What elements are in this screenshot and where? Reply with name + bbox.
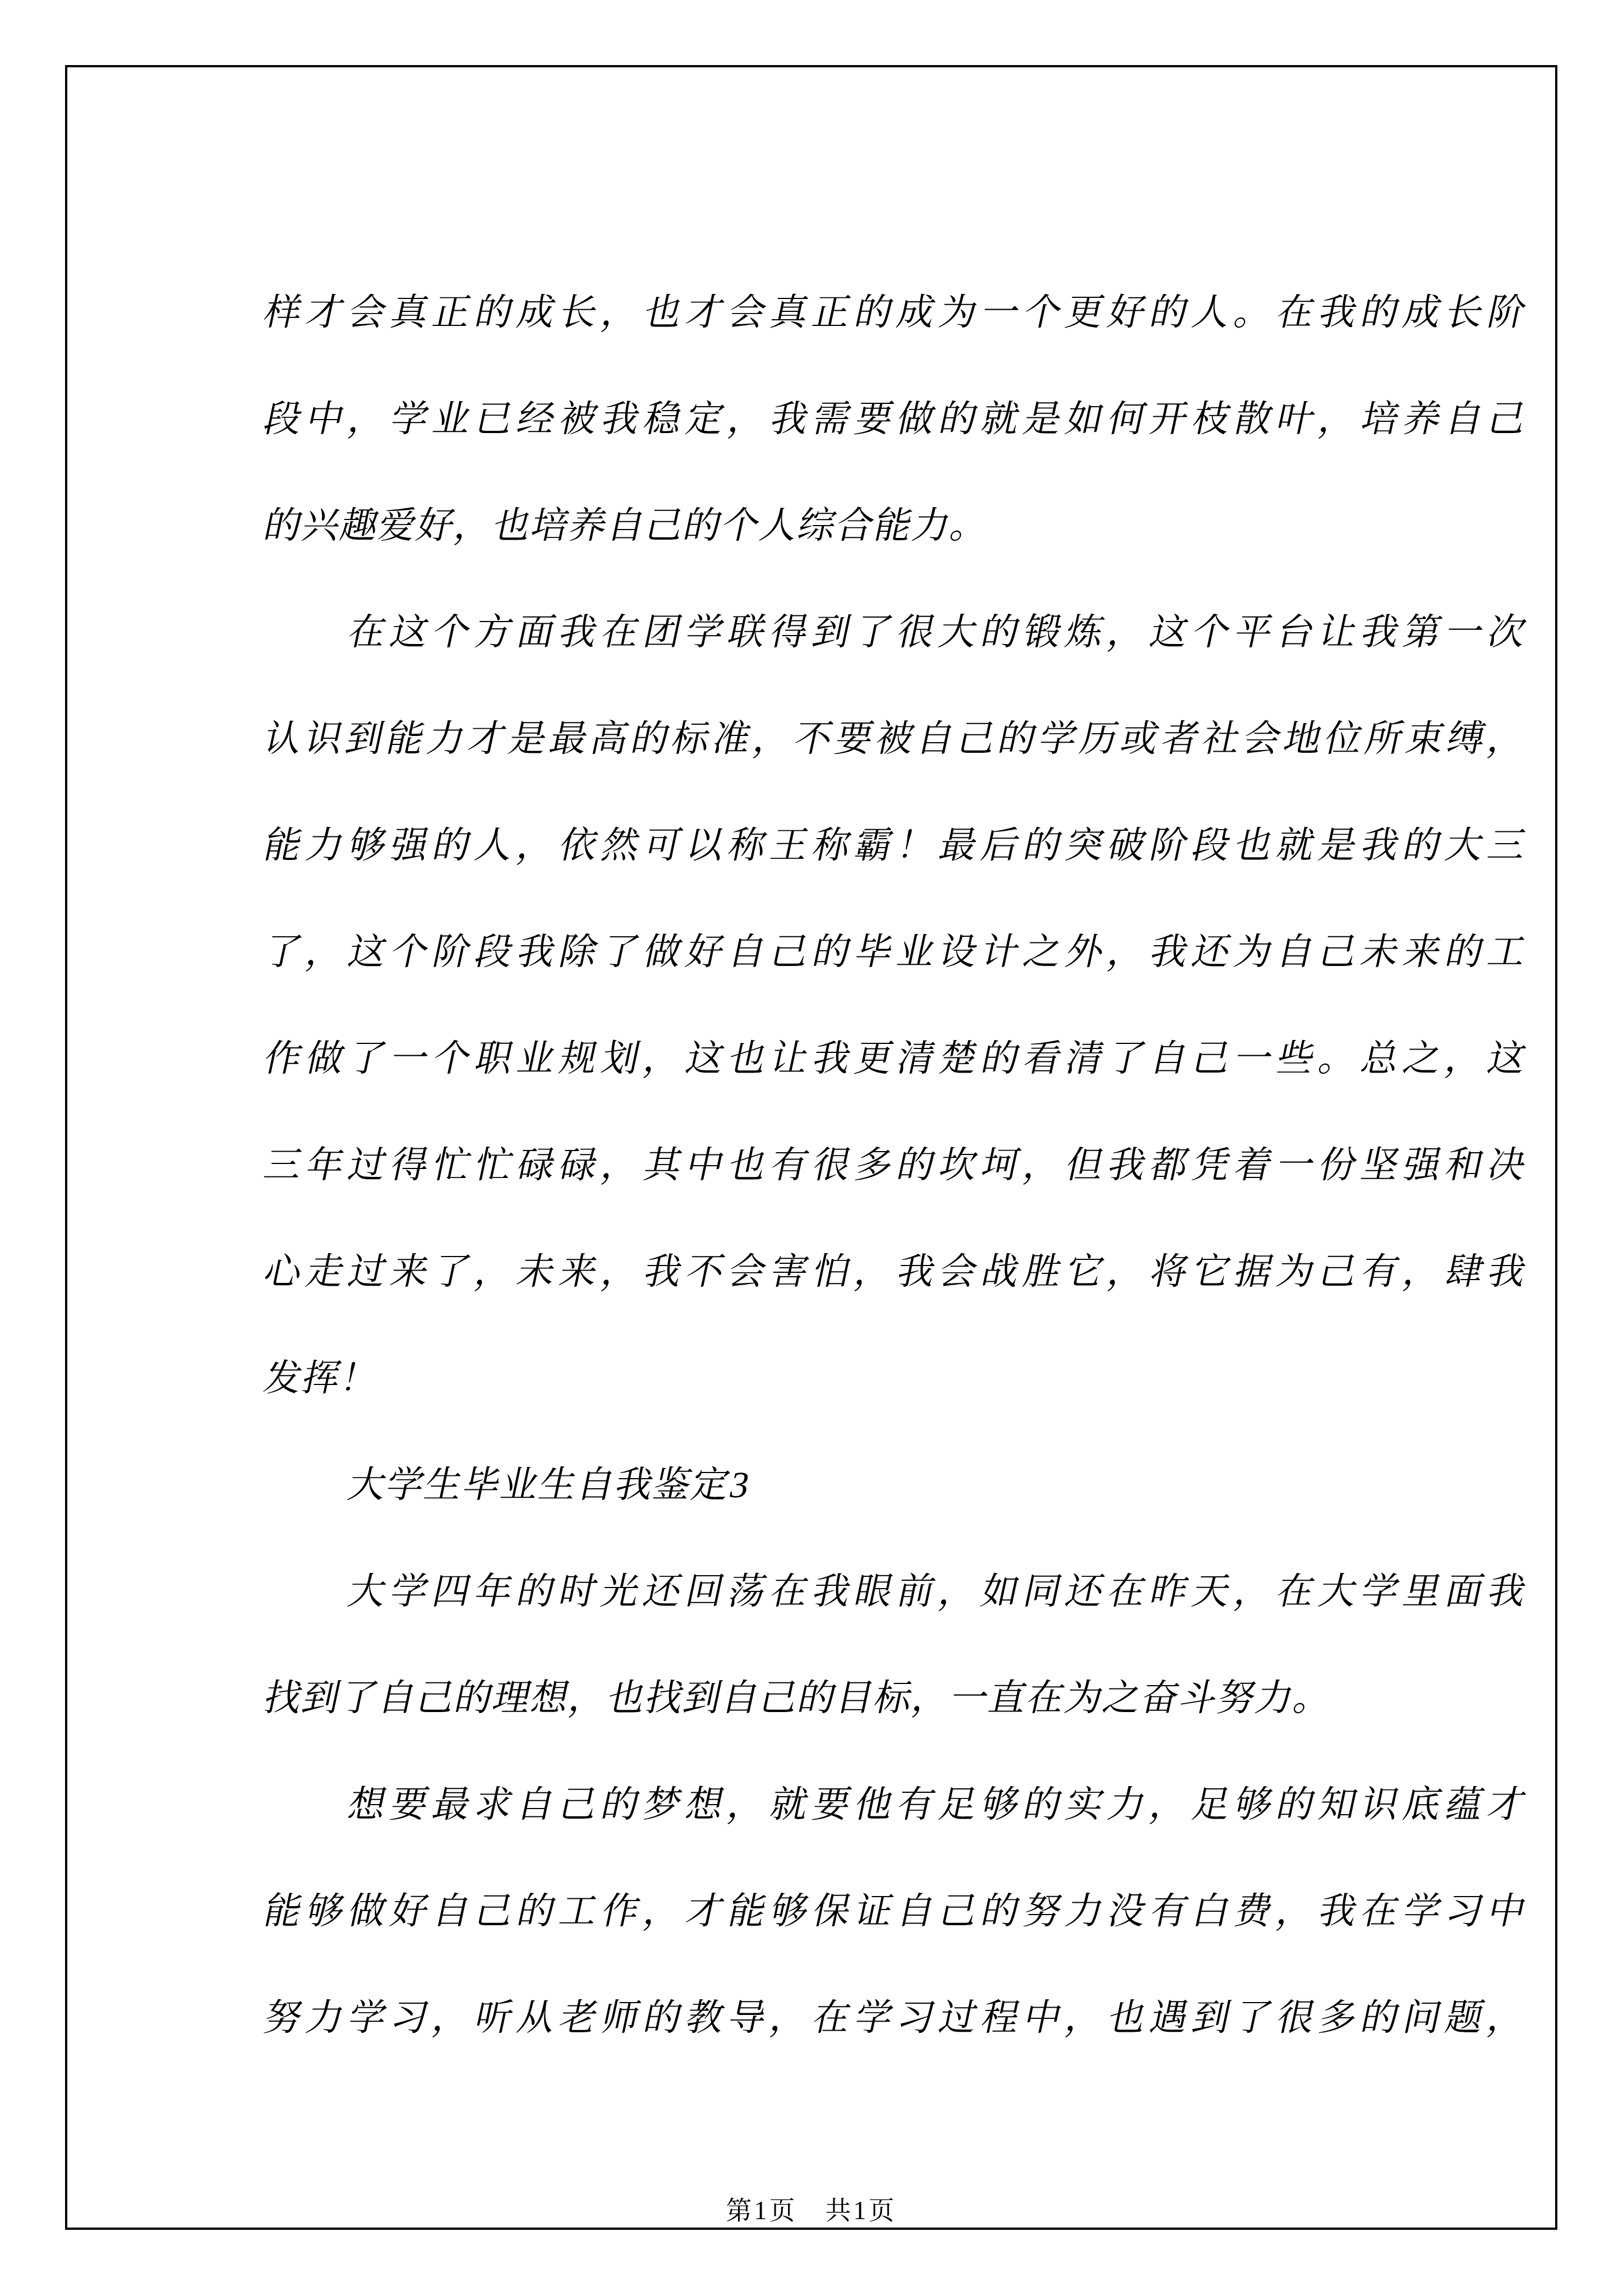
- text-line: 的兴趣爱好，也培养自己的个人综合能力。: [253, 473, 1538, 579]
- text-line: 发挥！: [253, 1326, 1538, 1432]
- page-border: 样才会真正的成长，也才会真正的成为一个更好的人。在我的成长阶段中，学业已经被我稳…: [65, 65, 1557, 2230]
- text-line: 能够做好自己的工作，才能够保证自己的努力没有白费，我在学习中: [253, 1858, 1538, 1965]
- text-line: 努力学习，听从老师的教导，在学习过程中，也遇到了很多的问题，: [253, 1965, 1538, 2072]
- text-line: 样才会真正的成长，也才会真正的成为一个更好的人。在我的成长阶: [253, 260, 1538, 366]
- text-line: 段中，学业已经被我稳定，我需要做的就是如何开枝散叶，培养自己: [253, 366, 1538, 473]
- text-line: 能力够强的人，依然可以称王称霸！最后的突破阶段也就是我的大三: [253, 793, 1538, 899]
- text-line: 认识到能力才是最高的标准，不要被自己的学历或者社会地位所束缚，: [253, 686, 1538, 793]
- text-line: 找到了自己的理想，也找到自己的目标，一直在为之奋斗努力。: [253, 1645, 1538, 1752]
- text-line: 心走过来了，未来，我不会害怕，我会战胜它，将它据为己有，肆我: [253, 1219, 1538, 1326]
- page-number: 第1页 共1页: [726, 2196, 897, 2225]
- document-lines: 样才会真正的成长，也才会真正的成为一个更好的人。在我的成长阶段中，学业已经被我稳…: [265, 260, 1527, 2072]
- text-line: 了，这个阶段我除了做好自己的毕业设计之外，我还为自己未来的工: [253, 899, 1538, 1006]
- document-heading: 大学生毕业生自我鉴定3: [253, 1432, 1538, 1539]
- page-footer: 第1页 共1页: [67, 2194, 1555, 2228]
- text-line: 作做了一个职业规划，这也让我更清楚的看清了自己一些。总之，这: [253, 1006, 1538, 1112]
- text-line: 想要最求自己的梦想，就要他有足够的实力，足够的知识底蕴才: [253, 1752, 1538, 1858]
- text-line: 大学四年的时光还回荡在我眼前，如同还在昨天，在大学里面我: [253, 1539, 1538, 1645]
- document-page: 样才会真正的成长，也才会真正的成为一个更好的人。在我的成长阶段中，学业已经被我稳…: [0, 0, 1623, 2296]
- text-line: 在这个方面我在团学联得到了很大的锻炼，这个平台让我第一次: [253, 579, 1538, 686]
- text-line: 三年过得忙忙碌碌，其中也有很多的坎坷，但我都凭着一份坚强和决: [253, 1112, 1538, 1219]
